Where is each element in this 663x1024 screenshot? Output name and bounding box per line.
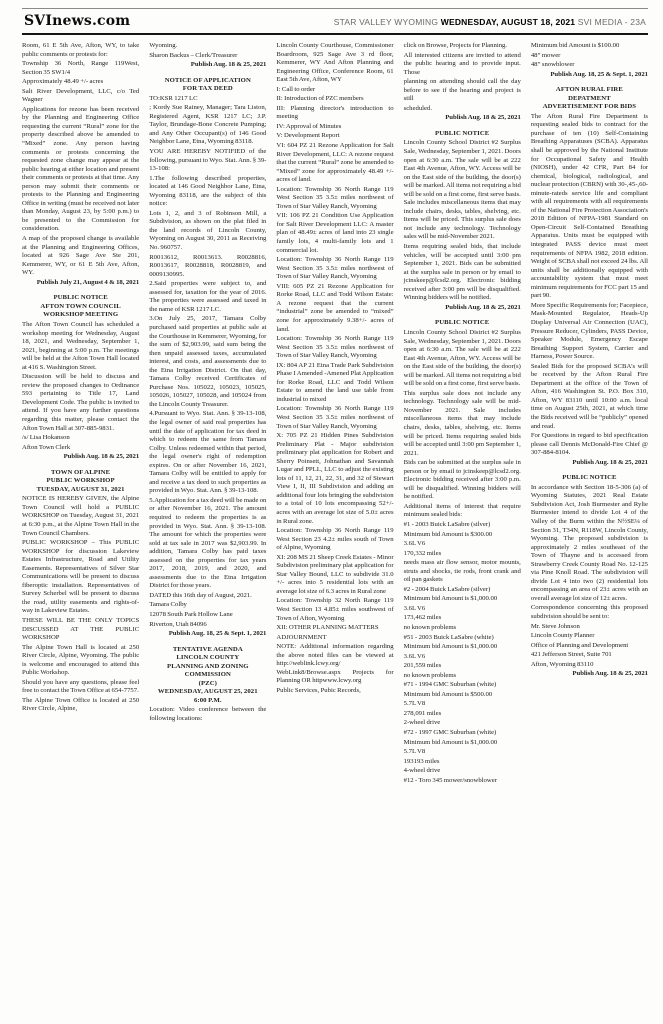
notice-paragraph: Location: Township 32 North Range 119 We… [276,597,393,623]
notice-line: #51 - 2003 Buick LaSabre (white) [404,634,521,643]
column-5: Minimum bid Amount is $100.0048” mower48… [531,42,648,686]
notice-line: #71 - 1994 GMC Suburban (white) [404,681,521,690]
header-region: STAR VALLEY WYOMING [334,17,438,27]
notice-paragraph: NOTE: Additional information regarding t… [276,643,393,686]
notice-paragraph: Room, 61 E 5th Ave, Afton, WY, to take p… [22,42,139,59]
notice-paragraph: XII: OTHER PLANNING MATTERS [276,624,393,633]
notice-line: Minimum bid Amount is $1,000.00 [404,643,521,652]
notice-paragraph: 1.The following described properties, lo… [149,175,266,209]
notice-heading: PUBLIC NOTICE [531,474,648,483]
notice-line: 193193 miles [404,758,521,767]
publish-line: Publish Aug. 18 & 25, 2021 [149,61,266,70]
notice-paragraph: Location: Township 36 North Range 119 We… [276,186,393,212]
header-date: WEDNESDAY, AUGUST 18, 2021 [441,17,575,27]
notice-paragraph: Correspondence concerning this proposed … [531,604,648,621]
notice-paragraph: For Questions in regard to bid specifica… [531,432,648,458]
notice-heading: PUBLIC NOTICE AFTON TOWN COUNCIL WORKSHO… [22,294,139,320]
publish-line: Publish July 21, August 4 & 18, 2021 [22,279,139,288]
notice-paragraph: 4.Pursuant to Wyo. Stat. Ann. § 39-13-10… [149,410,266,495]
notice-paragraph: needs mass air flow sensor, motor mounts… [404,559,521,585]
notice-line: 12078 South Park Hollow Lane [149,611,266,620]
notice-paragraph: Sealed Bids for the proposed SCBA's will… [531,363,648,431]
notice-paragraph: Lincoln County School District #2 Surplu… [404,329,521,389]
notice-line: 2-wheel drive [404,719,521,728]
notice-line: 170,332 miles [404,550,521,559]
notice-paragraph: VII: 106 PZ 21 Condition Use Application… [276,212,393,255]
notice-paragraph: Should you have any questions, please fe… [22,679,139,696]
column-3: Lincoln County Courthouse, Commissioner … [276,42,393,696]
top-rule [22,8,648,9]
notice-line: Minimum bid Amount is $100.00 [531,42,648,51]
notice-columns: Room, 61 E 5th Ave, Afton, WY, to take p… [22,42,648,786]
notice-paragraph: planning on attending should call the da… [404,78,521,104]
notice-paragraph: YOU ARE HEREBY NOTIFIED of the following… [149,148,266,174]
notice-paragraph: Location: Township 36 North Range 119 We… [276,256,393,282]
notice-line: Mr. Steve Johnson [531,623,648,632]
notice-paragraph: 3.On July 25, 2017, Tamara Colby purchas… [149,315,266,409]
notice-paragraph: XI: 208 MS 21 Sheep Creek Estates - Mino… [276,554,393,597]
notice-paragraph: ; Kordy Sue Rainey, Manager; Tara Liston… [149,104,266,147]
notice-paragraph: Location: Township 36 North Range 119 We… [276,527,393,553]
notice-line: 3.6L V6 [404,605,521,614]
notice-paragraph: PUBLIC WORKSHOP – This PUBLIC WORKSHOP f… [22,539,139,616]
publish-line: Publish Aug. 18, 25 & Sept. 1, 2021 [531,71,648,80]
notice-paragraph: scheduled. [404,105,521,114]
masthead-logo: SVInews.com [24,13,130,29]
notice-paragraph: Public Services, Pubic Records, [276,687,393,696]
notice-paragraph: Location: Video conference between the f… [149,706,266,723]
notice-paragraph: Lots 1, 2, and 3 of Robinson Mill, a Sub… [149,210,266,253]
notice-paragraph: ADJOURNMENT [276,634,393,643]
notice-paragraph: In accordance with Section 18-5-306 (a) … [531,484,648,604]
notice-line: Afton, Wyoming 83110 [531,661,648,670]
notice-paragraph: TO:KSR 1217 LC [149,95,266,104]
notice-paragraph: IX: 804 AP 21 Etna Trade Park Subdivisio… [276,362,393,405]
notice-paragraph: II: Introduction of PZC members [276,95,393,104]
notice-paragraph: V: Development Report [276,132,393,141]
notice-paragraph: Location: Township 36 North Range 119 We… [276,335,393,361]
column-4: click on Browse, Projects for Planning.A… [404,42,521,786]
notice-line: Sharon Backus – Clerk/Treasurer [149,52,266,61]
notice-paragraph: IV: Approval of Minutes [276,123,393,132]
column-2: Wyoming.Sharon Backus – Clerk/TreasurerP… [149,42,266,725]
notice-line: Minimum bid Amount is $1,000.00 [404,739,521,748]
notice-paragraph: THESE WILL BE THE ONLY TOPICS DISCUSSED … [22,617,139,643]
notice-line: /s/ Lisa Hokanson [22,434,139,443]
publish-line: Publish Aug. 18 & 25, 2021 [404,114,521,123]
notice-line: Riverton, Utah 84096 [149,621,266,630]
publish-line: Publish Aug. 18 & 25, 2021 [404,304,521,313]
notice-paragraph: 2.Said properties were subject to, and a… [149,280,266,314]
header-right: STAR VALLEY WYOMING WEDNESDAY, AUGUST 18… [334,17,646,27]
notice-line: #1 - 2003 Buick LaSabre (silver) [404,521,521,530]
notice-paragraph: Applications for rezone has been receive… [22,106,139,234]
notice-paragraph: III: Planning director's introduction to… [276,105,393,122]
notice-paragraph: Items requiring sealed bids, that includ… [404,243,521,303]
notice-paragraph: More Specific Requirements for; Facepiec… [531,302,648,362]
notice-line: 201,559 miles [404,662,521,671]
notice-line: 48” mower [531,52,648,61]
notice-heading: AFTON RURAL FIRE DEPATMENT ADVERTISEMENT… [531,86,648,112]
publish-line: Publish Aug. 18 & 25, 2021 [22,453,139,462]
notice-line: 4-wheel drive [404,767,521,776]
notice-paragraph: Salt River Development, LLC, c/o Ted Wag… [22,88,139,105]
publish-line: Publish Aug. 18, 25 & Sept. 1, 2021 [149,630,266,639]
notice-line: 5.7L V8 [404,748,521,757]
notice-paragraph: A map of the proposed change is availabl… [22,235,139,278]
notice-line: 5.7L V8 [404,700,521,709]
notice-paragraph: The Afton Rural Fire Department is reque… [531,113,648,301]
notice-line: no known problems [404,672,521,681]
header-rule [22,33,648,35]
notice-heading: TOWN OF ALPINE PUBLIC WORKSHOP TUESDAY, … [22,469,139,495]
notice-line: 173,462 miles [404,614,521,623]
notice-heading: NOTICE OF APPLICATION FOR TAX DEED [149,77,266,94]
notice-line: 48” snowblower [531,61,648,70]
notice-paragraph: NOTICE IS HEREBY GIVEN, the Alpine Town … [22,495,139,538]
notice-heading: PUBLIC NOTICE [404,130,521,139]
notice-line: #12 - Toro 345 mower/snowblower [404,777,521,786]
notice-heading: TENTATIVE AGENDA LINCOLN COUNTY PLANNING… [149,646,266,706]
notice-paragraph: This surplus sale does not include any t… [404,390,521,458]
notice-line: Office of Planning and Development [531,642,648,651]
notice-heading: PUBLIC NOTICE [404,319,521,328]
column-1: Room, 61 E 5th Ave, Afton, WY, to take p… [22,42,139,715]
notice-paragraph: X: 705 PZ 21 Hidden Pines Subdivision Pr… [276,432,393,526]
notice-paragraph: The Afton Town Council has scheduled a w… [22,321,139,372]
page-header: SVInews.com STAR VALLEY WYOMING WEDNESDA… [22,10,648,33]
notice-line: #72 - 1997 GMC Suburban (white) [404,729,521,738]
notice-paragraph: Lincoln County Courthouse, Commissioner … [276,42,393,85]
notice-line: no known problems [404,624,521,633]
notice-line: #2 - 2004 Buick LaSabre (silver) [404,586,521,595]
notice-paragraph: Bids can be submitted at the surplus sal… [404,459,521,502]
notice-paragraph: All interested citizens are invited to a… [404,52,521,78]
notice-line: Afton Town Clerk [22,444,139,453]
notice-paragraph: Additional items of interest that requir… [404,503,521,520]
publish-line: Publish Aug. 18 & 25, 2021 [531,670,648,679]
notice-paragraph: I: Call to order [276,86,393,95]
notice-paragraph: Approximately 48.49 +/- acres [22,78,139,87]
notice-paragraph: click on Browse, Projects for Planning. [404,42,521,51]
notice-line: 278,091 miles [404,710,521,719]
notice-line: Minimum bid Amount is $300.00 [404,531,521,540]
notice-line: Tamara Colby [149,601,266,610]
publish-line: Publish Aug. 18 & 25, 2021 [531,459,648,468]
notice-line: Lincoln County Planner [531,632,648,641]
notice-line: 3.6L V6 [404,653,521,662]
notice-paragraph: The Alpine Town Hall is located at 250 R… [22,644,139,678]
notice-paragraph: Discussion will be held to discuss and r… [22,373,139,433]
header-edition: SVI MEDIA - 23A [578,17,646,27]
notice-paragraph: The Alpine Town Office is located at 250… [22,697,139,714]
notice-line: Minimum bid Amount is $1,000.00 [404,595,521,604]
notice-paragraph: Location: Township 36 North Range 119 We… [276,405,393,431]
notice-line: Wyoming. [149,42,266,51]
notice-paragraph: R0013612, R0013613. R0028816, R0013617, … [149,254,266,280]
notice-line: Minimum bid Amount is $500.00 [404,691,521,700]
newspaper-page: SVInews.com STAR VALLEY WYOMING WEDNESDA… [0,0,663,1024]
notice-paragraph: DATED this 16th day of August, 2021. [149,592,266,601]
notice-paragraph: VIII: 605 PZ 21 Rezone Application for R… [276,283,393,334]
notice-paragraph: 5.Application for a tax deed will be mad… [149,497,266,591]
notice-paragraph: VI: 604 PZ 21 Rezone Application for Sal… [276,142,393,185]
notice-line: 421 Jefferson Street, Suite 701 [531,651,648,660]
notice-paragraph: Township 36 North, Range 119West, Sectio… [22,60,139,77]
notice-paragraph: Lincoln County School District #2 Surplu… [404,139,521,242]
notice-line: 3.6L V6 [404,540,521,549]
